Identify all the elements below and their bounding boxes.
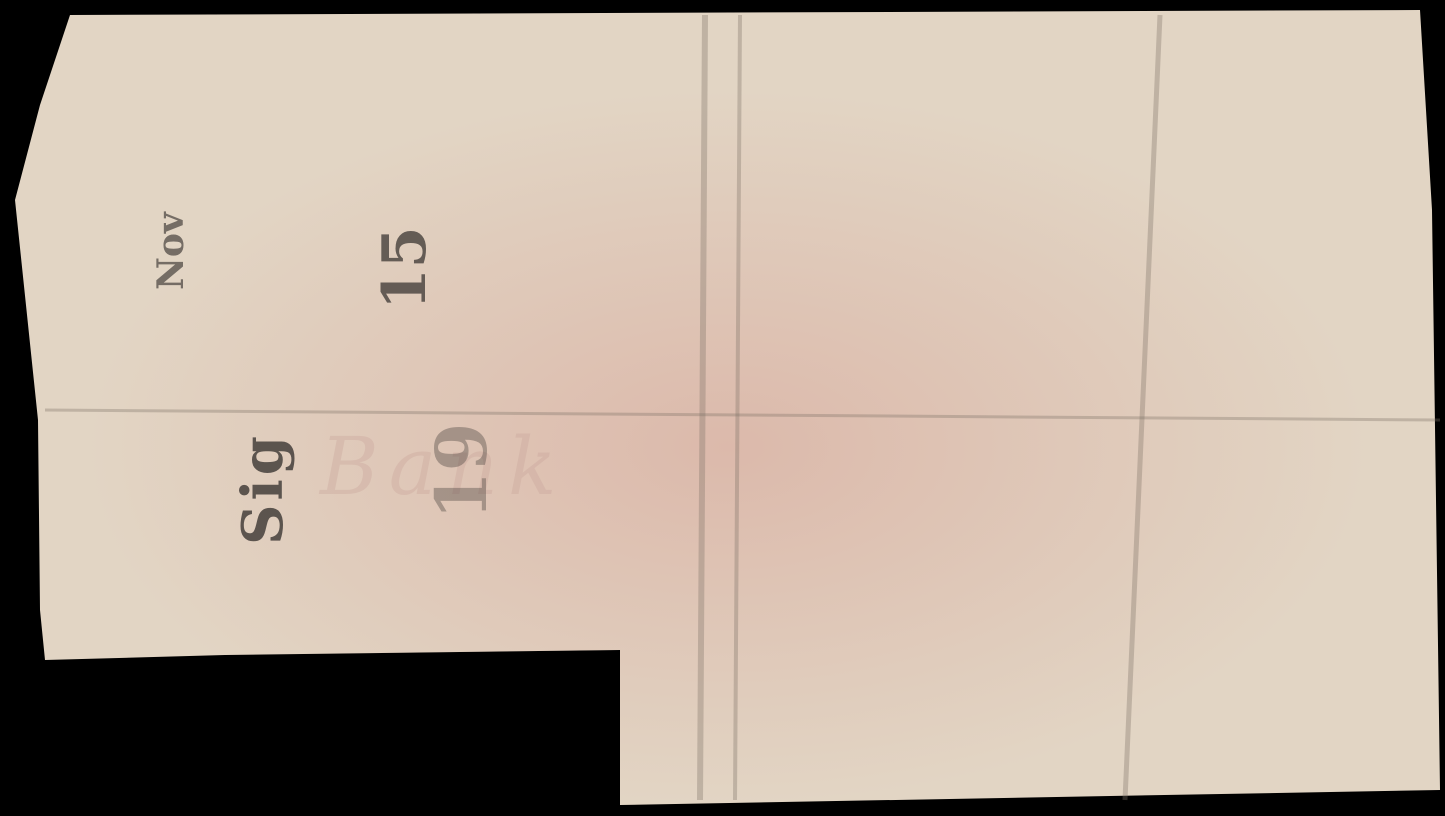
stamp-sig: Sig — [230, 432, 296, 545]
stamp-cents: 15 — [370, 227, 440, 311]
banknote-paper — [0, 0, 1445, 816]
stamp-note: Nov — [150, 212, 192, 290]
stamp-number: 19 — [420, 423, 503, 520]
banknote-photo: Bank Sig Nov 15 19 — [0, 0, 1445, 816]
